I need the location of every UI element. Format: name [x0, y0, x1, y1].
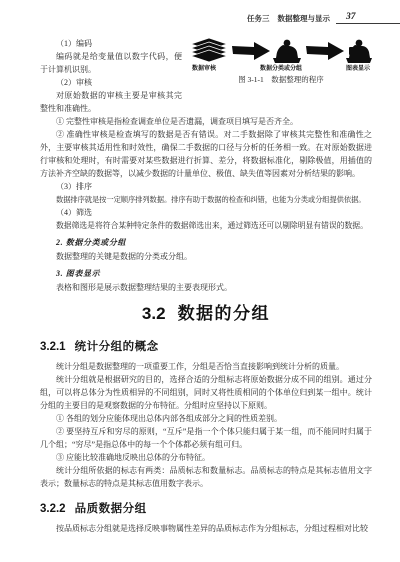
subsection-3-2-2-title: 3.2.2品质数据分组 — [40, 502, 372, 516]
subsection-title-text: 统计分组的概念 — [75, 341, 159, 353]
figure-label-display: 图表显示 — [346, 65, 370, 73]
section-3-2-title: 3.2数据的分组 — [40, 304, 372, 324]
person-computer-icon — [346, 40, 372, 63]
page-header: 任务三 数据整理与显示 37 — [247, 12, 400, 24]
document-stack-icon — [191, 38, 227, 62]
subsection-title-text: 品质数据分组 — [75, 503, 147, 515]
page-content: 数据审核 数据分类或分组 图表显示 图 3-1-1 数据整理的程序 （1）编码 … — [40, 37, 372, 535]
subsection-number: 3.2.2 — [40, 503, 66, 515]
figure-step-labels: 数据审核 数据分类或分组 图表显示 — [190, 65, 372, 73]
audit-bullet-1: ① 完整性审核是指检查调查单位是否遗漏，调查项目填写是否齐全。 — [40, 115, 372, 128]
subsection-number: 3.2.1 — [40, 341, 66, 353]
list-2-paragraph: 数据整理的关键是数据的分类或分组。 — [40, 250, 372, 263]
figure-3-1-1: 数据审核 数据分类或分组 图表显示 图 3-1-1 数据整理的程序 — [190, 38, 372, 85]
s321-bullet-2: ② 要坚持互斥和穷尽的原则，“互斥”是指一个个体只能归属于某一组，而不能同时归属… — [40, 425, 372, 451]
s321-paragraph-1: 统计分组是数据整理的一项重要工作，分组是否恰当直接影响到统计分析的质量。 — [40, 360, 372, 373]
audit-bullet-2: ② 准确性审核是检查填写的数据是否有错误。对二手数据除了审核其完整性和准确性之外… — [40, 128, 372, 180]
list-3-heading: 3. 图表显示 — [40, 267, 372, 280]
s321-paragraph-2: 统计分组就是根据研究的目的，选择合适的分组标志将原始数据分成不同的组别。通过分组… — [40, 373, 372, 412]
document-page: 任务三 数据整理与显示 37 — [0, 0, 400, 562]
item-4-paragraph: 数据筛选是将符合某种特定条件的数据筛选出来，通过筛选还可以剔除明显有错误的数据。 — [40, 219, 372, 232]
list-2-heading: 2. 数据分类或分组 — [40, 236, 372, 249]
flow-arrow-icon — [306, 42, 344, 60]
figure-label-group: 数据分类或分组 — [260, 65, 302, 73]
header-title: 数据整理与显示 — [278, 14, 331, 24]
s321-bullet-3: ③ 应能比较准确地反映出总体的分布特征。 — [40, 451, 372, 464]
page-number: 37 — [336, 12, 400, 24]
header-chapter: 任务三 — [247, 14, 270, 24]
s321-bullet-1: ① 各组的划分应能体现出总体内部各组成部分之间的性质差别。 — [40, 412, 372, 425]
figure-label-audit: 数据审核 — [192, 65, 216, 73]
figure-image — [190, 38, 372, 64]
item-4-heading: （4）筛选 — [40, 206, 372, 219]
s322-paragraph-1: 按品质标志分组就是选择反映事物属性差异的品质标志作为分组标志，分组过程相对比较 — [40, 522, 372, 535]
flow-arrow-icon — [232, 42, 270, 60]
section-title-text: 数据的分组 — [178, 304, 271, 323]
item-2-paragraph: 对原始数据的审核主要是审核其完整性和准确性。 — [40, 89, 372, 115]
s321-paragraph-3: 统计分组所依据的标志有两类：品质标志和数量标志。品质标志的特点是其标志值用文字表… — [40, 464, 372, 490]
figure-caption: 图 3-1-1 数据整理的程序 — [190, 75, 372, 85]
section-number: 3.2 — [142, 304, 166, 323]
item-3-heading: （3）排序 — [40, 180, 372, 193]
subsection-3-2-1-title: 3.2.1统计分组的概念 — [40, 340, 372, 354]
item-3-paragraph: 数据排序就是按一定顺序排列数据。排序有助于数据的检查和纠错，也能为分类或分组提供… — [40, 193, 372, 206]
list-3-paragraph: 表格和图形是展示数据整理结果的主要表现形式。 — [40, 281, 372, 294]
person-working-icon — [273, 40, 301, 63]
